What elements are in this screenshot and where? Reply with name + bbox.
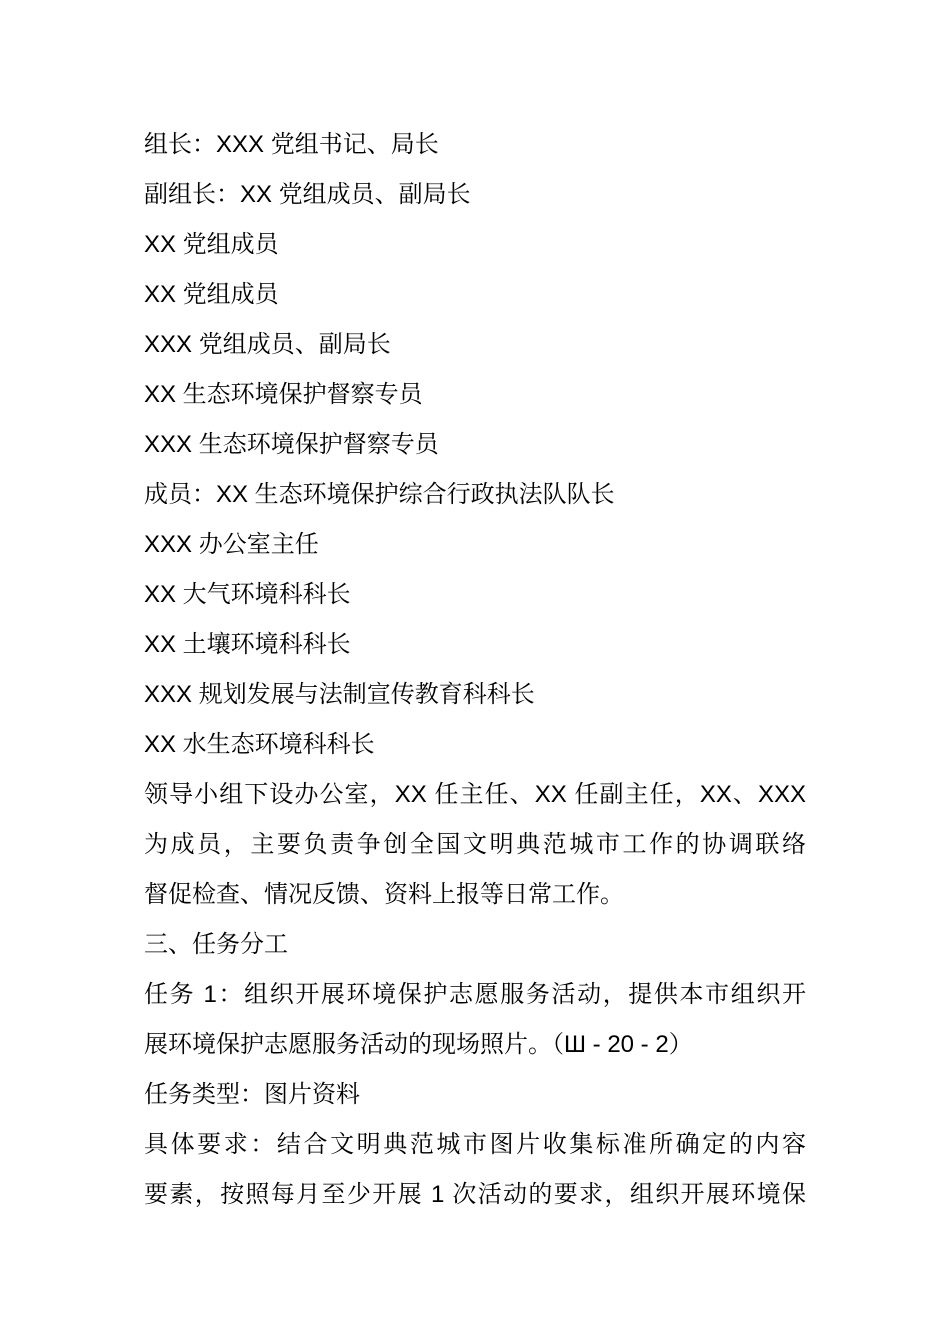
members-list-line: 成员：XX 生态环境保护综合行政执法队队长 (144, 470, 806, 520)
task1-line: 展环境保护志愿服务活动的现场照片。（Ш - 20 - 2） (144, 1020, 806, 1070)
section-chief-line: XX 土壤环境科科长 (144, 620, 806, 670)
office-setup-line: 为成员，主要负责争创全国文明典范城市工作的协调联络 (144, 820, 806, 870)
office-setup-line: 领导小组下设办公室，XX 任主任、XX 任副主任，XX、XXX (144, 770, 806, 820)
group-leader-line: 组长：XXX 党组书记、局长 (144, 120, 806, 170)
task1-line: 任务 1：组织开展环境保护志愿服务活动，提供本市组织开 (144, 970, 806, 1020)
section-chief-line: XXX 规划发展与法制宣传教育科科长 (144, 670, 806, 720)
member-line: XX 党组成员 (144, 270, 806, 320)
section-chief-line: XX 大气环境科科长 (144, 570, 806, 620)
member-line: XXX 党组成员、副局长 (144, 320, 806, 370)
document-text-block: 组长：XXX 党组书记、局长 副组长：XX 党组成员、副局长 XX 党组成员 X… (144, 120, 806, 1220)
task-requirements-line: 要素，按照每月至少开展 1 次活动的要求，组织开展环境保 (144, 1170, 806, 1220)
office-setup-line: 督促检查、情况反馈、资料上报等日常工作。 (144, 870, 806, 920)
task-requirements-line: 具体要求：结合文明典范城市图片收集标准所确定的内容 (144, 1120, 806, 1170)
section-chief-line: XX 水生态环境科科长 (144, 720, 806, 770)
document-page: 组长：XXX 党组书记、局长 副组长：XX 党组成员、副局长 XX 党组成员 X… (0, 0, 950, 1344)
member-line: XX 党组成员 (144, 220, 806, 270)
inspector-line: XX 生态环境保护督察专员 (144, 370, 806, 420)
deputy-group-leader-line: 副组长：XX 党组成员、副局长 (144, 170, 806, 220)
office-director-line: XXX 办公室主任 (144, 520, 806, 570)
section-heading-task-division: 三、任务分工 (144, 920, 806, 970)
task-type-line: 任务类型：图片资料 (144, 1070, 806, 1120)
inspector-line: XXX 生态环境保护督察专员 (144, 420, 806, 470)
